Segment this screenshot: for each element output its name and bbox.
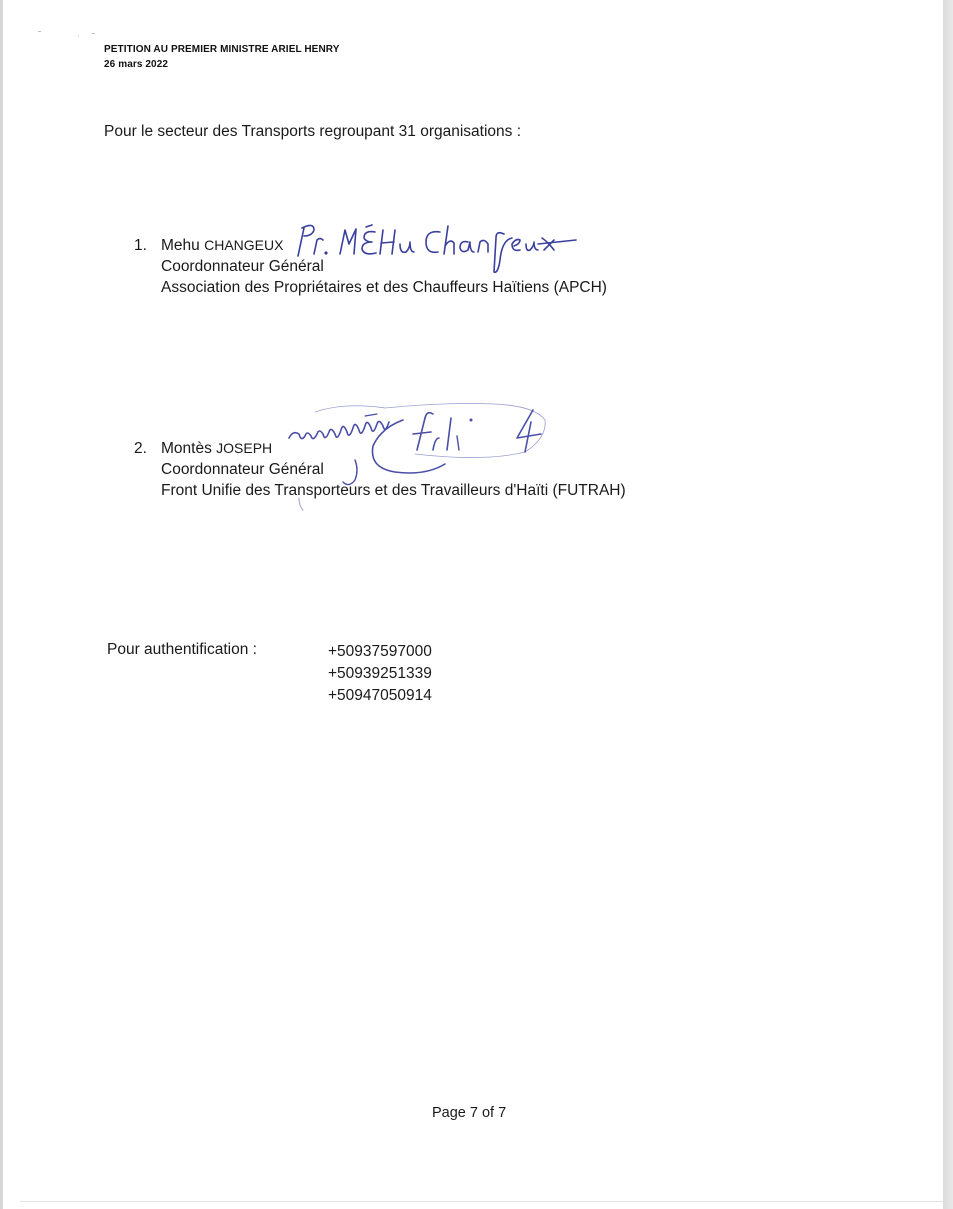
- signatory-title: Coordonnateur Général: [161, 459, 626, 480]
- intro-text: Pour le secteur des Transports regroupan…: [104, 123, 521, 141]
- page-number: Page 7 of 7: [432, 1105, 506, 1121]
- viewer-scroll-gutter[interactable]: [943, 0, 953, 1209]
- document-header-title: PETITION AU PREMIER MINISTRE ARIEL HENRY: [104, 44, 340, 55]
- signatory-last-name: CHANGEUX: [204, 237, 283, 253]
- signatory-name: Mehu CHANGEUX: [161, 235, 607, 256]
- signatory-number: 1.: [134, 235, 147, 256]
- signatory-title: Coordonnateur Général: [161, 256, 607, 277]
- authentication-label: Pour authentification :: [107, 641, 257, 659]
- phone-number: +50947050914: [328, 685, 432, 707]
- authentication-phones: +50937597000 +50939251339 +50947050914: [328, 641, 432, 707]
- phone-number: +50939251339: [328, 663, 432, 685]
- phone-number: +50937597000: [328, 641, 432, 663]
- signatory-last-name: JOSEPH: [216, 440, 272, 456]
- signatory-first-name: Mehu: [161, 237, 200, 254]
- document-header-date: 26 mars 2022: [104, 59, 168, 70]
- signatory-number: 2.: [134, 438, 147, 459]
- document-page: [3, 0, 943, 1209]
- signatory-name: Montès JOSEPH: [161, 438, 626, 459]
- signatory-first-name: Montès: [161, 440, 212, 457]
- page-bottom-edge: [20, 1201, 943, 1202]
- signatory-organization: Association des Propriétaires et des Cha…: [161, 277, 607, 298]
- signatory-organization: Front Unifie des Transporteurs et des Tr…: [161, 480, 626, 501]
